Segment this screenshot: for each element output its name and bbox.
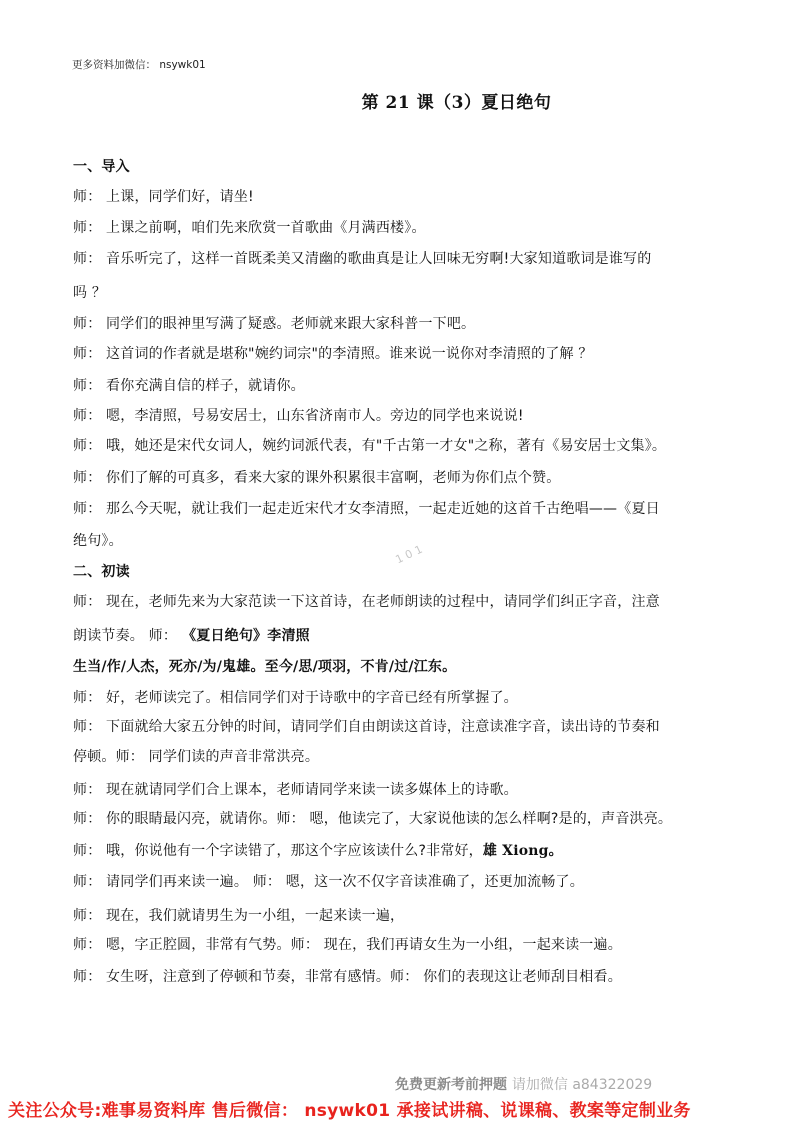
dialogue-line: 师： 下面就给大家五分钟的时间，请同学们自由朗读这首诗，注意读准字音，读出诗的节…	[73, 716, 660, 736]
line-text: 师： 那么今天呢，就让我们一起走近宋代才女李清照，一起走近她的这首千古绝唱——《…	[73, 501, 660, 517]
dialogue-line: 师： 嗯，李清照，号易安居士，山东省济南市人。旁边的同学也来说说!	[73, 405, 524, 425]
dialogue-line: 朗读节奏。 师：《夏日绝句》李清照	[73, 625, 310, 645]
line-text: 师： 现在就请同学们合上课本，老师请同学来读一读多媒体上的诗歌。	[73, 782, 518, 798]
line-text: 师： 哦，她还是宋代女词人，婉约词派代表，有"千古第一才女"之称，著有《易安居士…	[73, 438, 666, 454]
dialogue-line: 师： 嗯，字正腔圆，非常有气势。师： 现在，我们再请女生为一小组，一起来读一遍。	[73, 934, 622, 954]
line-text: 生当/作/人杰，死亦/为/鬼雄。至今/思/项羽，不肯/过/江东。	[73, 659, 456, 675]
dialogue-line: 师： 同学们的眼神里写满了疑惑。老师就来跟大家科普一下吧。	[73, 313, 475, 333]
line-text: 师： 请同学们再来读一遍。 师： 嗯，这一次不仅字音读准确了，还更加流畅了。	[73, 874, 584, 890]
line-text: 师： 这首词的作者就是堪称"婉约词宗"的李清照。谁来说一说你对李清照的了解 ？	[73, 346, 593, 362]
dialogue-line: 师： 这首词的作者就是堪称"婉约词宗"的李清照。谁来说一说你对李清照的了解 ？	[73, 343, 593, 363]
promo-banner: 免费更新考前押题 请加微信 a84322029	[395, 1074, 652, 1094]
promo-strong: 免费更新考前押题	[395, 1077, 507, 1093]
dialogue-line: 师： 看你充满自信的样子，就请你。	[73, 375, 305, 395]
dialogue-line: 停顿。师： 同学们读的声音非常洪亮。	[73, 746, 319, 766]
dialogue-line: 师： 女生呀，注意到了停顿和节奏，非常有感情。师： 你们的表现这让老师刮目相看。	[73, 966, 622, 986]
page-title: 第 21 课（3）夏日绝句	[0, 88, 793, 113]
line-text: 师： 嗯，字正腔圆，非常有气势。师： 现在，我们再请女生为一小组，一起来读一遍。	[73, 937, 622, 953]
header-note: 更多资料加微信： nsywk01	[72, 57, 206, 72]
title-text: 第 21 课（3）夏日绝句	[242, 93, 552, 113]
dialogue-line: 生当/作/人杰，死亦/为/鬼雄。至今/思/项羽，不肯/过/江东。	[73, 656, 456, 676]
line-text: 绝句》。	[73, 533, 123, 549]
dialogue-line: 绝句》。	[73, 530, 123, 550]
dialogue-line: 师： 音乐听完了，这样一首既柔美又清幽的歌曲真是让人回味无穷啊!大家知道歌词是谁…	[73, 248, 651, 268]
line-text: 停顿。师： 同学们读的声音非常洪亮。	[73, 749, 319, 765]
dialogue-line: 师： 哦，你说他有一个字读错了，那这个字应该读什么?非常好，雄 Xiong。	[73, 840, 563, 860]
dialogue-line: 师： 那么今天呢，就让我们一起走近宋代才女李清照，一起走近她的这首千古绝唱——《…	[73, 498, 660, 518]
line-text: 师： 哦，你说他有一个字读错了，那这个字应该读什么?非常好，	[73, 843, 483, 859]
line-text: 师： 你的眼睛最闪亮，就请你。师： 嗯，他读完了，大家说他读的怎么样啊?是的，声…	[73, 811, 672, 827]
dialogue-line: 师： 你的眼睛最闪亮，就请你。师： 嗯，他读完了，大家说他读的怎么样啊?是的，声…	[73, 808, 672, 828]
dialogue-line: 师： 请同学们再来读一遍。 师： 嗯，这一次不仅字音读准确了，还更加流畅了。	[73, 871, 584, 891]
line-text: 师： 你们了解的可真多，看来大家的课外积累很丰富啊，老师为你们点个赞。	[73, 470, 560, 486]
line-text: 师： 女生呀，注意到了停顿和节奏，非常有感情。师： 你们的表现这让老师刮目相看。	[73, 969, 622, 985]
dialogue-line: 师： 上课之前啊，咱们先来欣赏一首歌曲《月满西楼》。	[73, 217, 426, 237]
dialogue-line: 师： 现在就请同学们合上课本，老师请同学来读一读多媒体上的诗歌。	[73, 779, 518, 799]
line-text: 师： 好，老师读完了。相信同学们对于诗歌中的字音已经有所掌握了。	[73, 690, 518, 706]
line-text: 二、初读	[73, 564, 130, 580]
line-text: 师： 下面就给大家五分钟的时间，请同学们自由朗读这首诗，注意读准字音，读出诗的节…	[73, 719, 660, 735]
footer-ad: 关注公众号:难事易资料库 售后微信： nsywk01 承接试讲稿、说课稿、教案等…	[8, 1096, 691, 1121]
line-text: 师： 现在，我们就请男生为一小组，一起来读一遍，	[73, 908, 404, 924]
line-text: 师： 上课，同学们好，请坐!	[73, 189, 254, 205]
line-text: 吗 ？	[73, 285, 106, 301]
dialogue-line: 吗 ？	[73, 282, 106, 302]
dialogue-line: 师： 现在，老师先来为大家范读一下这首诗，在老师朗读的过程中，请同学们纠正字音，…	[73, 591, 660, 611]
line-text: 师： 同学们的眼神里写满了疑惑。老师就来跟大家科普一下吧。	[73, 316, 475, 332]
promo-light: 请加微信 a84322029	[512, 1077, 652, 1093]
dialogue-line: 师： 上课，同学们好，请坐!	[73, 186, 254, 206]
dialogue-line: 师： 现在，我们就请男生为一小组，一起来读一遍，	[73, 905, 404, 925]
section-heading: 二、初读	[73, 561, 130, 581]
watermark: 1 0 1	[394, 543, 425, 567]
line-text: 师： 嗯，李清照，号易安居士，山东省济南市人。旁边的同学也来说说!	[73, 408, 524, 424]
section-heading: 一、导入	[73, 156, 130, 176]
dialogue-line: 师： 哦，她还是宋代女词人，婉约词派代表，有"千古第一才女"之称，著有《易安居士…	[73, 435, 666, 455]
pronunciation-answer: 雄 Xiong。	[483, 843, 563, 859]
line-text: 朗读节奏。 师：	[73, 628, 177, 644]
poem-title: 《夏日绝句》李清照	[189, 628, 310, 644]
dialogue-line: 师： 你们了解的可真多，看来大家的课外积累很丰富啊，老师为你们点个赞。	[73, 467, 560, 487]
line-text: 一、导入	[73, 159, 130, 175]
line-text: 师： 现在，老师先来为大家范读一下这首诗，在老师朗读的过程中，请同学们纠正字音，…	[73, 594, 660, 610]
line-text: 师： 上课之前啊，咱们先来欣赏一首歌曲《月满西楼》。	[73, 220, 426, 236]
line-text: 师： 音乐听完了，这样一首既柔美又清幽的歌曲真是让人回味无穷啊!大家知道歌词是谁…	[73, 251, 651, 267]
dialogue-line: 师： 好，老师读完了。相信同学们对于诗歌中的字音已经有所掌握了。	[73, 687, 518, 707]
line-text: 师： 看你充满自信的样子，就请你。	[73, 378, 305, 394]
